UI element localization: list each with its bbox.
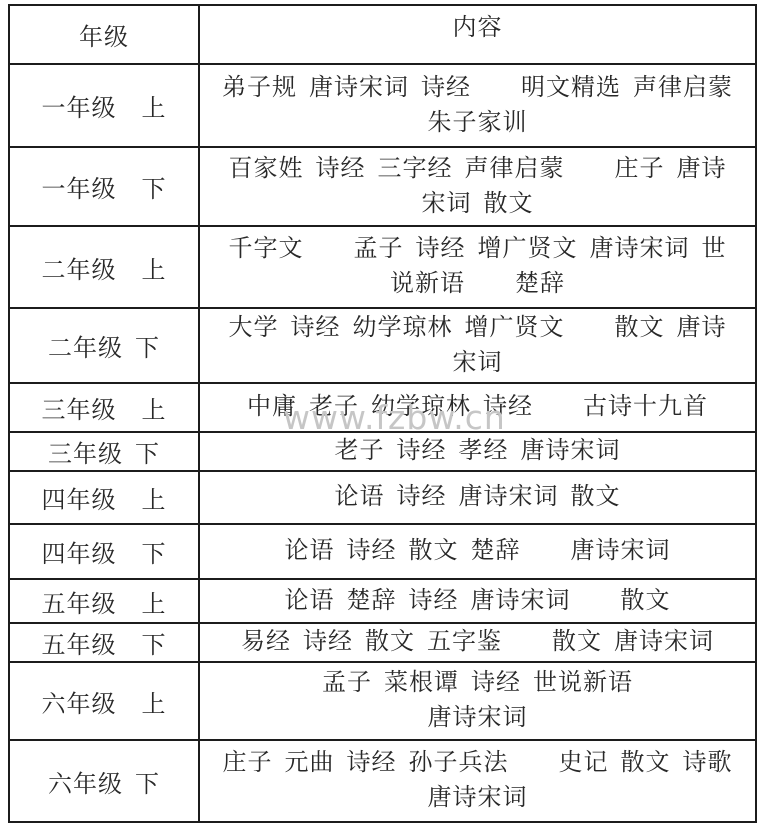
table-row: 五年级 下 易经 诗经 散文 五字鉴 散文 唐诗宋词	[9, 623, 756, 662]
content-cell: 千字文 孟子 诗经 增广贤文 唐诗宋词 世 说新语 楚辞	[199, 226, 756, 308]
table-row: 四年级 上 论语 诗经 唐诗宋词 散文	[9, 471, 756, 524]
content-cell: 论语 诗经 散文 楚辞 唐诗宋词	[199, 524, 756, 579]
grade-cell: 二年级 下	[9, 308, 199, 383]
header-row: 年级 内容	[9, 5, 756, 64]
table-row: 一年级 下 百家姓 诗经 三字经 声律启蒙 庄子 唐诗 宋词 散文	[9, 147, 756, 226]
grade-cell: 六年级 下	[9, 740, 199, 822]
header-content-label: 内容	[199, 5, 756, 64]
grade-cell: 四年级 下	[9, 524, 199, 579]
table-row: 二年级 下 大学 诗经 幼学琼林 增广贤文 散文 唐诗 宋词	[9, 308, 756, 383]
content-cell: 弟子规 唐诗宋词 诗经 明文精选 声律启蒙 朱子家训	[199, 64, 756, 147]
grade-cell: 六年级 上	[9, 662, 199, 740]
grade-cell: 一年级 下	[9, 147, 199, 226]
document-page: 年级 内容 一年级 上 弟子规 唐诗宋词 诗经 明文精选 声律启蒙 朱子家训 一…	[0, 0, 759, 824]
table-row: 一年级 上 弟子规 唐诗宋词 诗经 明文精选 声律启蒙 朱子家训	[9, 64, 756, 147]
content-cell: 大学 诗经 幼学琼林 增广贤文 散文 唐诗 宋词	[199, 308, 756, 383]
table-row: 六年级 上 孟子 菜根谭 诗经 世说新语 唐诗宋词	[9, 662, 756, 740]
content-cell: 易经 诗经 散文 五字鉴 散文 唐诗宋词	[199, 623, 756, 662]
content-cell: 中庸 老子 幼学琼林 诗经 古诗十九首	[199, 383, 756, 432]
content-cell: 孟子 菜根谭 诗经 世说新语 唐诗宋词	[199, 662, 756, 740]
table-row: 二年级 上 千字文 孟子 诗经 增广贤文 唐诗宋词 世 说新语 楚辞	[9, 226, 756, 308]
grade-cell: 三年级 上	[9, 383, 199, 432]
table-row: 六年级 下 庄子 元曲 诗经 孙子兵法 史记 散文 诗歌 唐诗宋词	[9, 740, 756, 822]
grade-cell: 一年级 上	[9, 64, 199, 147]
grade-cell: 二年级 上	[9, 226, 199, 308]
content-cell: 庄子 元曲 诗经 孙子兵法 史记 散文 诗歌 唐诗宋词	[199, 740, 756, 822]
table-row: 五年级 上 论语 楚辞 诗经 唐诗宋词 散文	[9, 579, 756, 623]
table-row: 三年级 下 老子 诗经 孝经 唐诗宋词	[9, 432, 756, 471]
grade-cell: 四年级 上	[9, 471, 199, 524]
table-row: 三年级 上 中庸 老子 幼学琼林 诗经 古诗十九首	[9, 383, 756, 432]
curriculum-table: 年级 内容 一年级 上 弟子规 唐诗宋词 诗经 明文精选 声律启蒙 朱子家训 一…	[8, 4, 757, 823]
content-cell: 老子 诗经 孝经 唐诗宋词	[199, 432, 756, 471]
content-cell: 百家姓 诗经 三字经 声律启蒙 庄子 唐诗 宋词 散文	[199, 147, 756, 226]
content-cell: 论语 诗经 唐诗宋词 散文	[199, 471, 756, 524]
content-cell: 论语 楚辞 诗经 唐诗宋词 散文	[199, 579, 756, 623]
grade-cell: 三年级 下	[9, 432, 199, 471]
table-row: 四年级 下 论语 诗经 散文 楚辞 唐诗宋词	[9, 524, 756, 579]
grade-cell: 五年级 上	[9, 579, 199, 623]
grade-cell: 五年级 下	[9, 623, 199, 662]
header-grade-label: 年级	[9, 5, 199, 64]
